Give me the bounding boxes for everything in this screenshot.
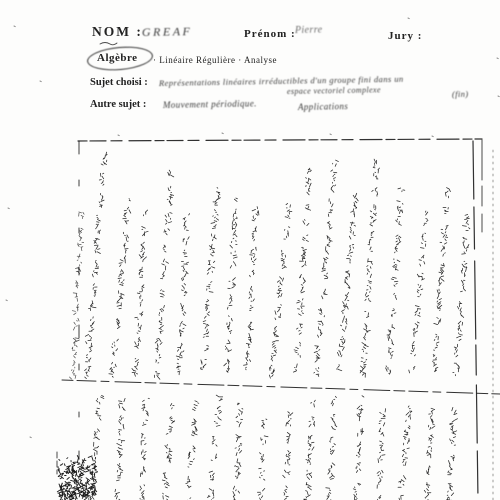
handwritten-notes-area: [78, 140, 482, 500]
prenom-label: Prénom :: [244, 28, 296, 40]
jury-label: Jury :: [388, 30, 422, 42]
nom-handwritten: GREAF: [142, 24, 193, 40]
scanned-exam-sheet: NOM : GREAF Prénom : Pierre Jury : Algèb…: [0, 0, 500, 500]
autre-sujet-handwritten: Mouvement périodique.: [163, 98, 257, 110]
nom-label: NOM :: [92, 24, 143, 40]
prenom-handwritten: Pierre: [295, 25, 323, 36]
circle-overstroke: [100, 43, 117, 45]
subject-options-label: · Linéaire Régulière · Analyse: [153, 55, 277, 65]
autre-sujet-handwritten-2: Applications: [298, 101, 348, 112]
subject-circled-label: Algèbre: [97, 52, 138, 64]
autre-sujet-label: Autre sujet :: [90, 99, 146, 110]
sujet-choisi-label: Sujet choisi :: [90, 77, 148, 88]
sujet-choisi-handwritten-line2: espace vectoriel complexe: [287, 85, 381, 96]
sujet-choisi-handwritten-suffix: (fin): [452, 89, 469, 99]
